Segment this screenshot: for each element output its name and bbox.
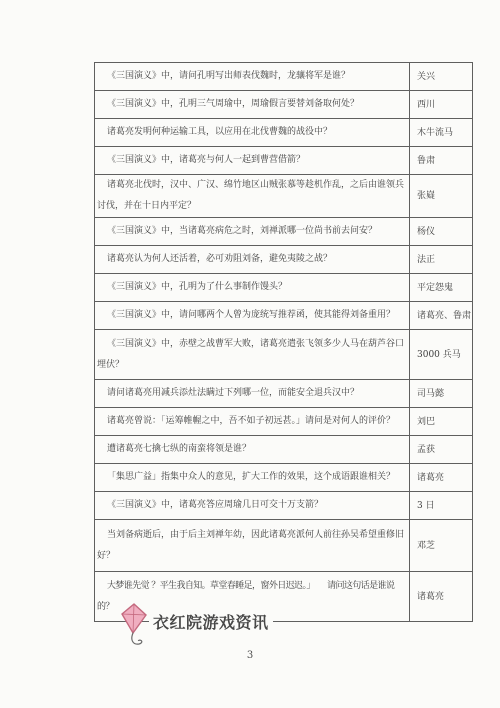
answer-cell: 平定怨鬼 [410,274,473,302]
answer-cell: 诸葛亮 [410,572,473,622]
question-cell: 《三国演义》中，孔明三气周瑜中，周瑜假言要替刘备取何处？ [95,91,410,119]
table-row: 请问诸葛亮用减兵添灶法瞒过下列哪一位，而能安全退兵汉中？ 司马懿 [95,380,473,408]
answer-cell: 3 日 [410,492,473,520]
question-cell: 《三国演义》中，当诸葛亮病危之时，刘禅派哪一位尚书前去问安？ [95,218,410,246]
answer-cell: 关兴 [410,63,473,91]
logo-text: 衣红院游戏资讯 [149,609,273,635]
question-cell: 《三国演义》中，请问哪两个人曾为庞统写推荐函，使其能得刘备重用？ [95,302,410,330]
question-cell: 《三国演义》中，请问孔明写出师表伐魏时，龙骧将军是谁？ [95,63,410,91]
question-cell: 《三国演义》中，孔明为了什么事制作馒头？ [95,274,410,302]
question-cell: 当刘备病逝后，由于后主刘禅年幼，因此诸葛亮派何人前往孙吴希望重修旧好？ [95,520,410,572]
table-row: 《三国演义》中，赤壁之战曹军大败，诸葛亮遣张飞领多少人马在葫芦谷口埋伏？ 300… [95,330,473,380]
page-number: 3 [0,650,500,661]
table-row: 《三国演义》中，孔明三气周瑜中，周瑜假言要替刘备取何处？ 西川 [95,91,473,119]
question-cell: 诸葛亮发明何种运输工具，以应用在北伐曹魏的战役中？ [95,119,410,147]
question-cell: 诸葛亮认为何人还活着，必可劝阻刘备，避免夷陵之战？ [95,246,410,274]
answer-cell: 张嶷 [410,175,473,218]
table-row: 《三国演义》中，当诸葛亮病危之时，刘禅派哪一位尚书前去问安？ 杨仪 [95,218,473,246]
table-row: 《三国演义》中，请问哪两个人曾为庞统写推荐函，使其能得刘备重用？ 诸葛亮、鲁肃 [95,302,473,330]
question-cell: 《三国演义》中，诸葛亮答应周瑜几日可交十万支箭？ [95,492,410,520]
quiz-table: 《三国演义》中，请问孔明写出师表伐魏时，龙骧将军是谁？ 关兴 《三国演义》中，孔… [94,62,473,622]
table-row: 《三国演义》中，孔明为了什么事制作馒头？ 平定怨鬼 [95,274,473,302]
document-page: 《三国演义》中，请问孔明写出师表伐魏时，龙骧将军是谁？ 关兴 《三国演义》中，孔… [0,0,500,708]
table-row: 「集思广益」指集中众人的意见，扩大工作的效果，这个成语跟谁相关？ 诸葛亮 [95,464,473,492]
table-row: 当刘备病逝后，由于后主刘禅年幼，因此诸葛亮派何人前往孙吴希望重修旧好？ 邓芝 [95,520,473,572]
answer-cell: 诸葛亮、鲁肃 [410,302,473,330]
table-row: 《三国演义》中，诸葛亮与何人一起到曹营借箭？ 鲁肃 [95,147,473,175]
answer-cell: 西川 [410,91,473,119]
answer-cell: 法正 [410,246,473,274]
answer-cell: 木牛流马 [410,119,473,147]
answer-cell: 鲁肃 [410,147,473,175]
question-cell: 遭诸葛亮七擒七纵的南蛮将领是谁？ [95,436,410,464]
answer-cell: 刘巴 [410,408,473,436]
answer-cell: 司马懿 [410,380,473,408]
question-cell: 《三国演义》中，诸葛亮与何人一起到曹营借箭？ [95,147,410,175]
answer-cell: 3000 兵马 [410,330,473,380]
table-row: 诸葛亮发明何种运输工具，以应用在北伐曹魏的战役中？ 木牛流马 [95,119,473,147]
table-row: 《三国演义》中，诸葛亮答应周瑜几日可交十万支箭？ 3 日 [95,492,473,520]
question-cell: 「集思广益」指集中众人的意见，扩大工作的效果，这个成语跟谁相关？ [95,464,410,492]
table-row: 诸葛亮曾说：「运筹帷幄之中，吾不如子初远甚。」请问是对何人的评价？ 刘巴 [95,408,473,436]
kite-tail [132,633,142,644]
answer-cell: 邓芝 [410,520,473,572]
table-row: 诸葛亮认为何人还活着，必可劝阻刘备，避免夷陵之战？ 法正 [95,246,473,274]
question-cell: 诸葛亮曾说：「运筹帷幄之中，吾不如子初远甚。」请问是对何人的评价？ [95,408,410,436]
answer-cell: 杨仪 [410,218,473,246]
table-row: 《三国演义》中，请问孔明写出师表伐魏时，龙骧将军是谁？ 关兴 [95,63,473,91]
question-cell: 请问诸葛亮用减兵添灶法瞒过下列哪一位，而能安全退兵汉中？ [95,380,410,408]
table-row: 诸葛亮北伐时，汉中、广汉、绵竹地区山贼张慕等趁机作乱，之后由谁领兵讨伐，并在十日… [95,175,473,218]
answer-cell: 孟获 [410,436,473,464]
table-row: 遭诸葛亮七擒七纵的南蛮将领是谁？ 孟获 [95,436,473,464]
answer-cell: 诸葛亮 [410,464,473,492]
question-cell: 《三国演义》中，赤壁之战曹军大败，诸葛亮遣张飞领多少人马在葫芦谷口埋伏？ [95,330,410,380]
question-cell: 诸葛亮北伐时，汉中、广汉、绵竹地区山贼张慕等趁机作乱，之后由谁领兵讨伐，并在十日… [95,175,410,218]
